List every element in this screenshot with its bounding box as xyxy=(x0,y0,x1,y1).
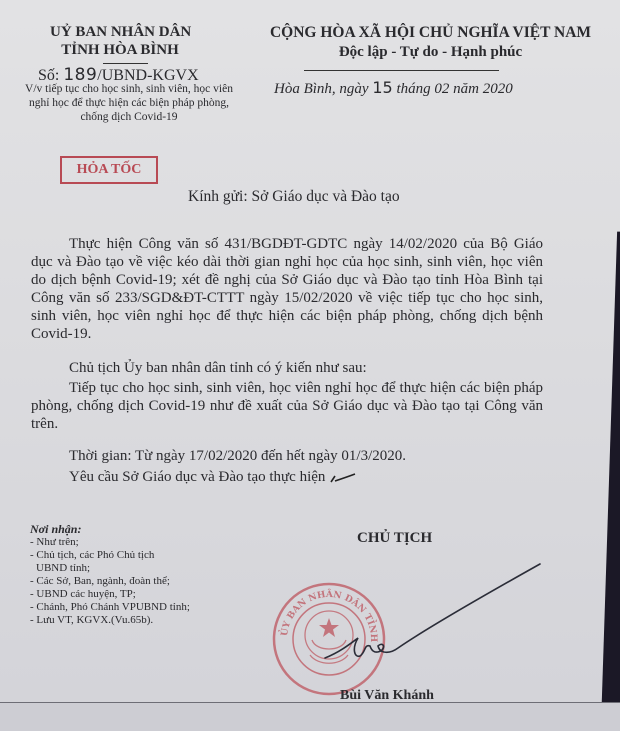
recipient-line: Kính gửi: Sở Giáo dục và Đào tạo xyxy=(188,188,400,206)
body-paragraph-4: Thời gian: Từ ngày 17/02/2020 đến hết ng… xyxy=(69,447,581,465)
recipient-item: - Lưu VT, KGVX.(Vu.65b). xyxy=(30,614,190,627)
paragraph-1-text: Thực hiện Công văn số 431/BGDĐT-GDTC ngà… xyxy=(31,236,543,342)
paragraph-5-text: Yêu cầu Sở Giáo dục và Đào tạo thực hiện xyxy=(69,469,325,485)
signer-name: Bùi Văn Khánh xyxy=(340,688,434,704)
body-paragraph-3: Tiếp tục cho học sinh, sinh viên, học vi… xyxy=(31,379,543,433)
handwritten-signature-icon xyxy=(320,560,550,670)
initial-mark-icon xyxy=(329,473,357,483)
recipient-item: UBND tỉnh; xyxy=(30,562,190,575)
urgent-stamp: HỎA TỐC xyxy=(60,156,158,184)
motto-divider xyxy=(304,70,499,71)
place-date: Hòa Bình, ngày 15 tháng 02 năm 2020 xyxy=(274,78,513,98)
national-motto: Độc lập - Tự do - Hạnh phúc xyxy=(243,44,618,61)
recipients-list: - Như trên; - Chủ tịch, các Phó Chủ tịch… xyxy=(30,536,190,627)
recipient-item: - Chủ tịch, các Phó Chủ tịch xyxy=(30,549,190,562)
recipients-title: Nơi nhận: xyxy=(30,522,81,537)
issuer-divider xyxy=(103,63,148,64)
bottom-edge xyxy=(0,702,620,731)
national-title: CỘNG HÒA XÃ HỘI CHỦ NGHĨA VIỆT NAM xyxy=(243,24,618,42)
recipient-item: - Chánh, Phó Chánh VPUBND tỉnh; xyxy=(30,601,190,614)
paragraph-3-text: Tiếp tục cho học sinh, sinh viên, học vi… xyxy=(31,380,543,432)
document-subject: V/v tiếp tục cho học sinh, sinh viên, họ… xyxy=(24,82,234,124)
place-date-prefix: Hòa Bình, ngày xyxy=(274,81,369,97)
body-paragraph-1: Thực hiện Công văn số 431/BGDĐT-GDTC ngà… xyxy=(31,235,543,343)
recipient-item: - Các Sở, Ban, ngành, đoàn thể; xyxy=(30,575,190,588)
recipient-item: - UBND các huyện, TP; xyxy=(30,588,190,601)
issuer-line-1: UỶ BAN NHÂN DÂN xyxy=(50,24,190,41)
signatory-title: CHỦ TỊCH xyxy=(357,530,432,547)
place-date-day: 15 xyxy=(372,78,392,97)
recipient-item: - Như trên; xyxy=(30,536,190,549)
place-date-suffix: tháng 02 năm 2020 xyxy=(396,81,512,97)
issuer-line-2: TỈNH HÒA BÌNH xyxy=(50,42,190,59)
body-paragraph-2: Chủ tịch Ủy ban nhân dân tỉnh có ý kiến … xyxy=(69,359,549,377)
body-paragraph-5: Yêu cầu Sở Giáo dục và Đào tạo thực hiện xyxy=(69,468,581,486)
